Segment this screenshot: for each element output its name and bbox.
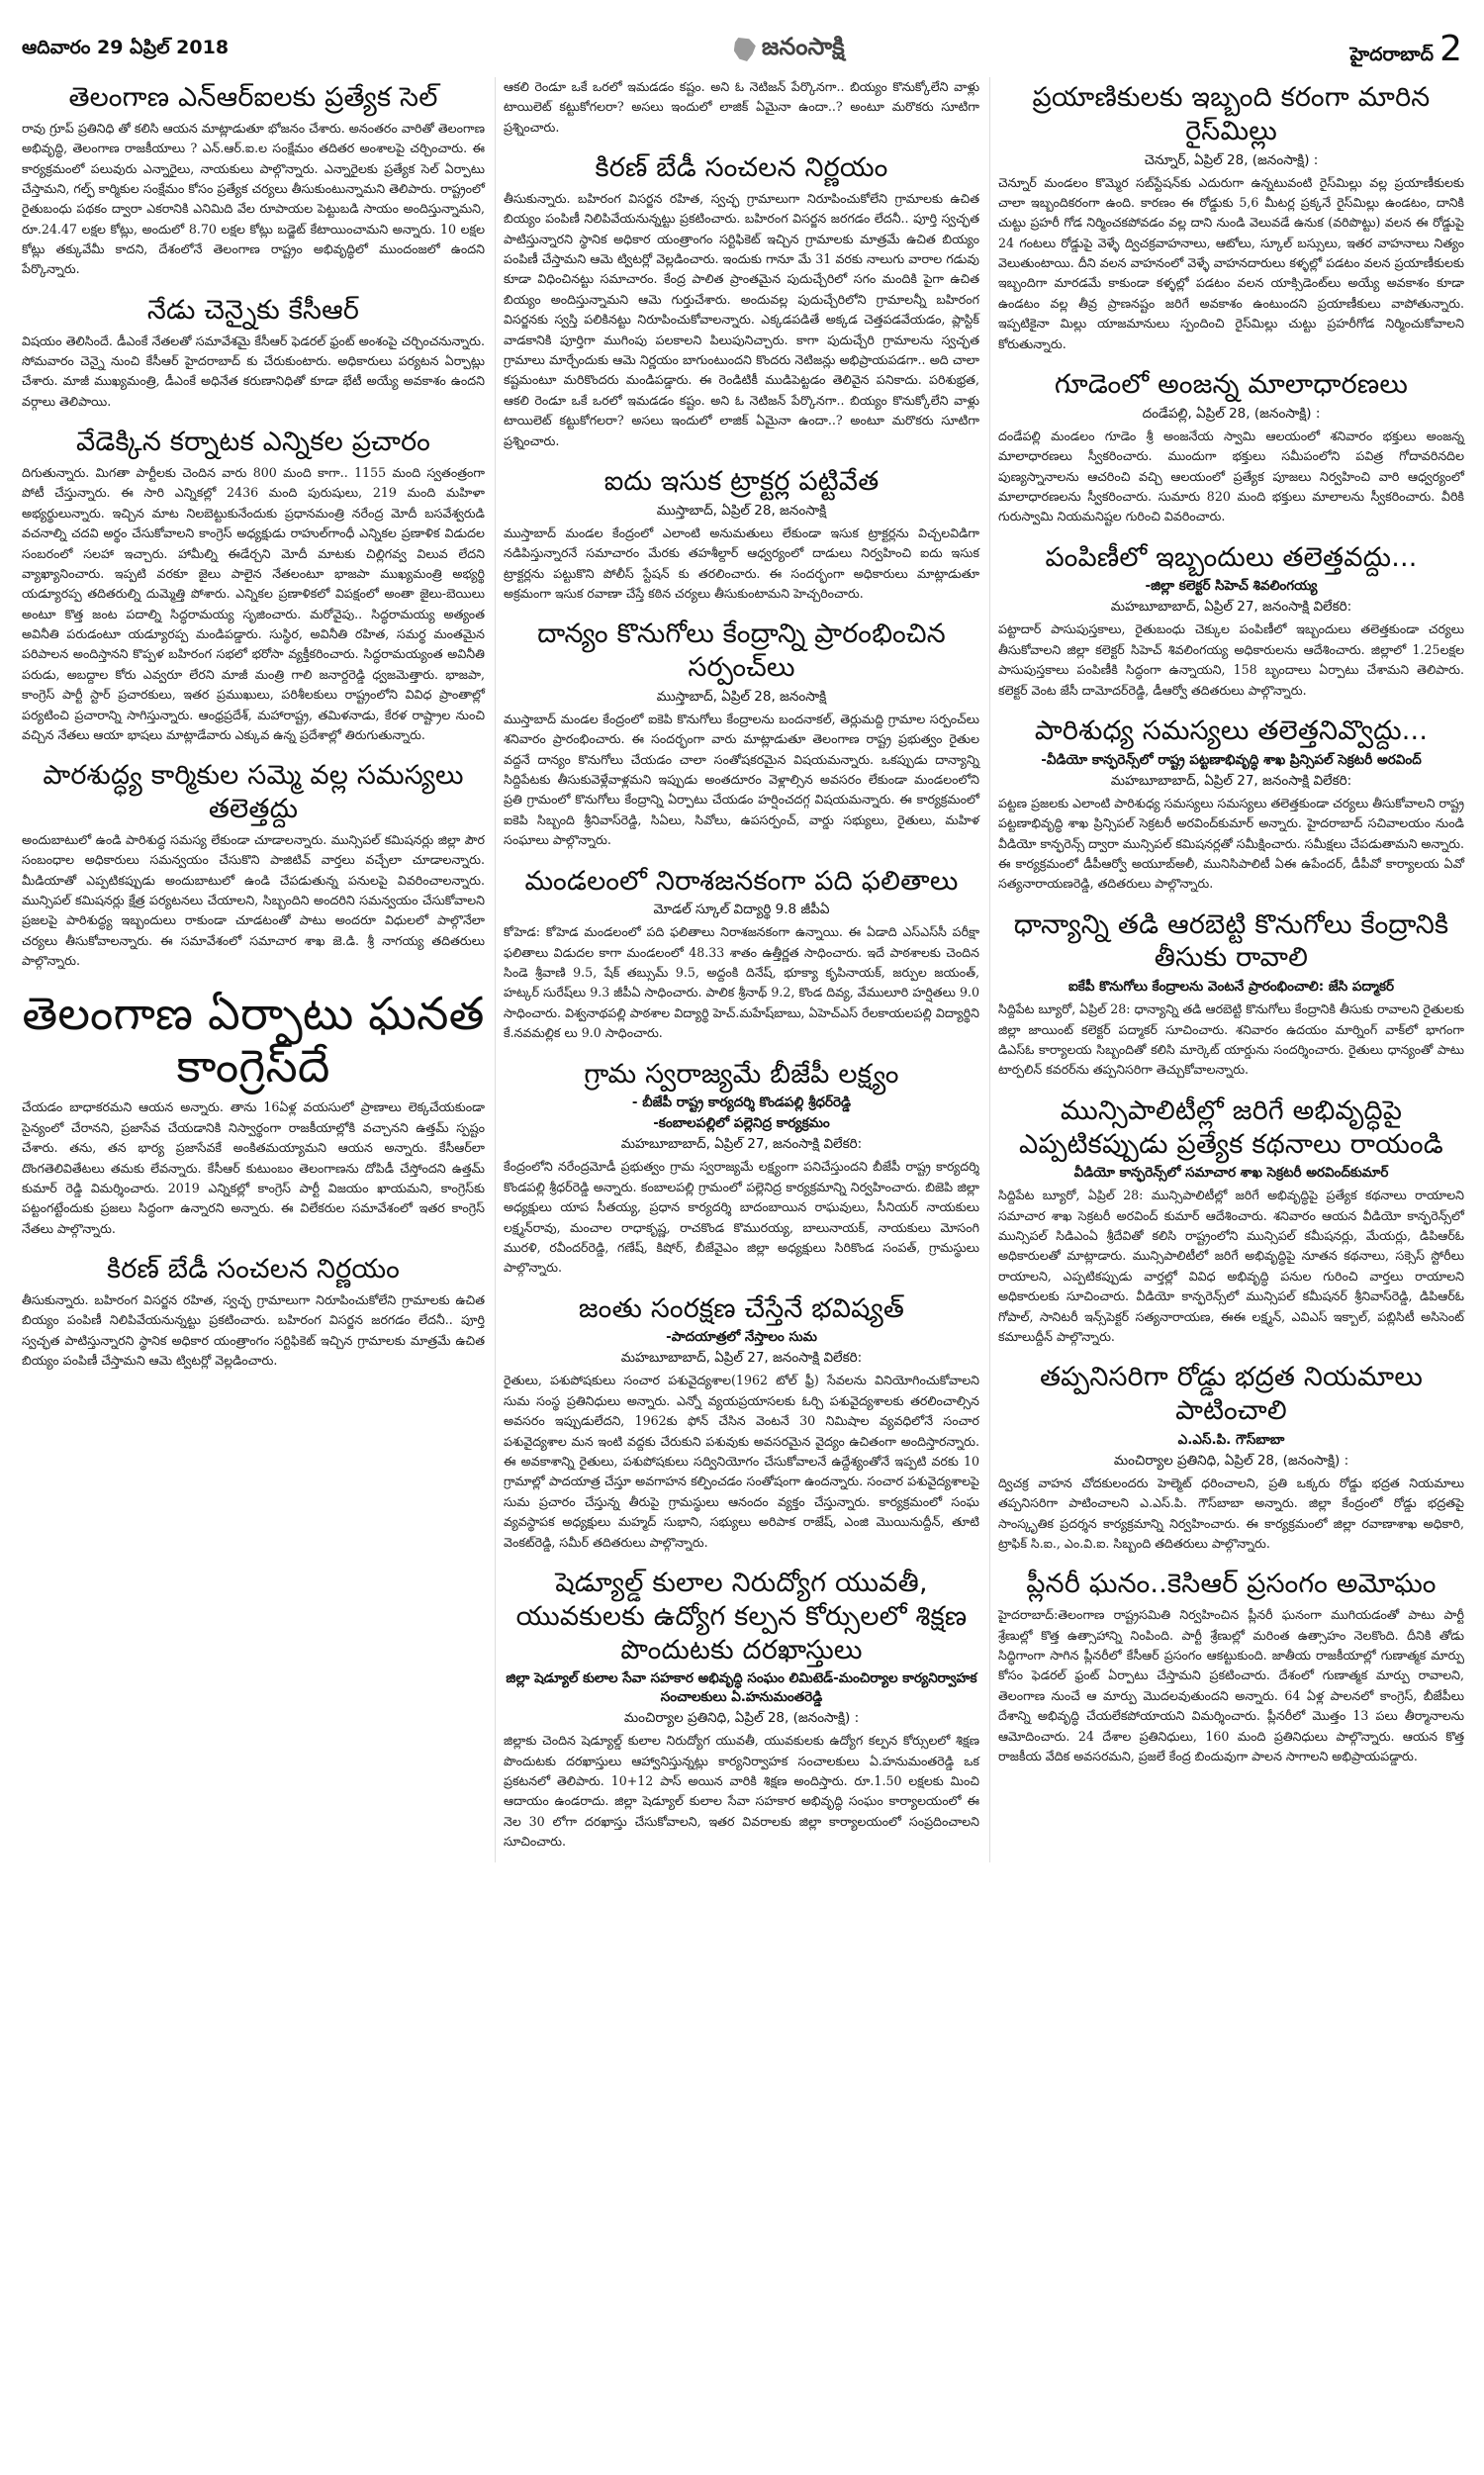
article-body: రైతులు, పశుపోషకులు సంచార పశువైద్యశాల(196… bbox=[504, 1371, 979, 1553]
article-body: సిద్దిపేట బ్యూరో, ఏప్రిల్ 28: మున్సిపాలి… bbox=[998, 1186, 1464, 1347]
article-headline: పారిశుధ్య సమస్యలు తలెత్తనివ్వొద్దు... bbox=[998, 714, 1464, 748]
article-dateline: ముస్తాబాద్, ఏప్రిల్ 28, జనంసాక్షి bbox=[504, 503, 979, 522]
newspaper-logo: జనంసాక్షి bbox=[734, 33, 845, 66]
article-subhead: ఐకేపీ కొనుగోలు కేంద్రాలను వెంటనే ప్రారంభ… bbox=[998, 979, 1464, 998]
article: షెడ్యూల్డ్ కులాల నిరుద్యోగ యువతీ, యువకుల… bbox=[504, 1563, 979, 1853]
article-subhead: -కంబాలపల్లిలో పల్లెనిద్ర కార్యక్రమం bbox=[504, 1115, 979, 1134]
article-body: దండేపల్లి మండలం గూడెం శ్రీ అంజనేయ స్వామి… bbox=[998, 427, 1464, 527]
article-dateline: మంచిర్యాల ప్రతినిధి, ఏప్రిల్ 28, (జనంసాక… bbox=[504, 1710, 979, 1729]
article-body: తీసుకున్నారు. బహిరంగ విసర్జన రహిత, స్వచ్… bbox=[22, 1290, 485, 1372]
article-headline: మండలంలో నిరాశజనకంగా పది ఫలితాలు bbox=[504, 865, 979, 899]
article-body: తీసుకున్నారు. బహిరంగ విసర్జన రహిత, స్వచ్… bbox=[504, 189, 979, 451]
article-subhead: -జిల్లా కలెక్టర్ సిహెచ్ శివలింగయ్య bbox=[998, 578, 1464, 597]
article-body: పట్టాదార్ పాసుపుస్తకాలు, రైతుబంధు చెక్కు… bbox=[998, 619, 1464, 701]
article-headline: గ్రామ స్వరాజ్యమే బీజేపీ లక్ష్యం bbox=[504, 1058, 979, 1092]
article-body: కేంద్రంలోని నరేంద్రమోడీ ప్రభుత్వం గ్రామ … bbox=[504, 1157, 979, 1278]
article-headline: ప్లీనరీ ఘనం..కెసిఆర్ ప్రసంగం అమోఘం bbox=[998, 1568, 1464, 1601]
article: తెలంగాణ ఏర్పాటు ఘనత కాంగ్రెస్‌దేచేయడం బా… bbox=[22, 982, 485, 1240]
issue-date: ఆదివారం 29 ఏప్రిల్ 2018 bbox=[22, 37, 229, 63]
article-body: దిగుతున్నారు. మిగతా పార్టీలకు చెందిన వార… bbox=[22, 463, 485, 745]
article-columns: తెలంగాణ ఎన్‌ఆర్‌ఐలకు ప్రత్యేక సెల్రావు గ… bbox=[22, 77, 1462, 1862]
article: మండలంలో నిరాశజనకంగా పది ఫలితాలుమోడల్ స్క… bbox=[504, 861, 979, 1044]
article-dateline: దండేపల్లి, ఏప్రిల్ 28, (జనంసాక్షి) : bbox=[998, 406, 1464, 425]
article: దాన్యం కొనుగోలు కేంద్రాన్ని ప్రారంభించిన… bbox=[504, 614, 979, 850]
article-body: సిద్దిపేట బ్యూరో, ఏప్రిల్ 28: ధాన్యాన్ని… bbox=[998, 1000, 1464, 1081]
article: నేడు చెన్నైకు కేసీఆర్విషయం తెలిసిందే. డీ… bbox=[22, 290, 485, 412]
article-subhead: వీడియో కాన్ఫరెన్స్‌లో సమాచార శాఖ సెక్రటర… bbox=[998, 1165, 1464, 1184]
city-name: హైదరాబాద్ bbox=[1349, 44, 1434, 70]
middle-column: ఆకలి రెండూ ఒకే ఒరలో ఇమడడం కష్టం. అని ఓ న… bbox=[495, 77, 979, 1862]
article-dateline: మహబూబాబాద్, ఏప్రిల్ 27, జనంసాక్షి విలేకర… bbox=[998, 773, 1464, 792]
article-headline: ధాన్యాన్ని తడి ఆరబెట్టి కొనుగోలు కేంద్రా… bbox=[998, 908, 1464, 976]
article-headline: వేడెక్కిన కర్నాటక ఎన్నికల ప్రచారం bbox=[22, 426, 485, 459]
article-headline: జంతు సంరక్షణ చేస్తేనే భవిష్యత్ bbox=[504, 1292, 979, 1326]
article-body: హైదరాబాద్:తెలంగాణ రాష్ట్రసమితి నిర్వహించ… bbox=[998, 1605, 1464, 1766]
article-headline: తెలంగాణ ఏర్పాటు ఘనత కాంగ్రెస్‌దే bbox=[22, 988, 485, 1093]
article-subhead: జిల్లా షెడ్యూల్ కులాల సేవా సహకార అభివృద్… bbox=[504, 1670, 979, 1708]
left-column: తెలంగాణ ఎన్‌ఆర్‌ఐలకు ప్రత్యేక సెల్రావు గ… bbox=[22, 77, 485, 1862]
article: పంపిణీలో ఇబ్బందులు తలెత్తవద్దు...-జిల్లా… bbox=[998, 537, 1464, 701]
article-dateline: చెన్నూర్, ఏప్రిల్ 28, (జనంసాక్షి) : bbox=[998, 152, 1464, 171]
article-headline: గూడెంలో అంజన్న మాలాధారణలు bbox=[998, 368, 1464, 402]
article-body: చేయడం బాధాకరమని ఆయన అన్నారు. తాను 16ఏళ్ల… bbox=[22, 1097, 485, 1239]
article-headline: కిరణ్ బేడీ సంచలన నిర్ణయం bbox=[22, 1253, 485, 1286]
article-body: పట్టణ ప్రజలకు ఎలాంటి పారిశుధ్య సమస్యలు స… bbox=[998, 794, 1464, 895]
article-subhead: -వీడియో కాన్ఫరెన్స్‌లో రాష్ట్ర పట్టణాభివ… bbox=[998, 752, 1464, 771]
article: ధాన్యాన్ని తడి ఆరబెట్టి కొనుగోలు కేంద్రా… bbox=[998, 904, 1464, 1081]
article-dateline: మహబూబాబాద్, ఏప్రిల్ 27, జనంసాక్షి విలేకర… bbox=[504, 1136, 979, 1155]
telangana-map-icon bbox=[734, 38, 756, 61]
newspaper-page: ఆదివారం 29 ఏప్రిల్ 2018 జనంసాక్షి హైదరాబ… bbox=[0, 0, 1484, 2475]
article: కిరణ్ బేడీ సంచలన నిర్ణయంతీసుకున్నారు. బహ… bbox=[22, 1249, 485, 1371]
article-subhead: - బీజేపీ రాష్ట్ర కార్యదర్శి కొండపల్లి శ్… bbox=[504, 1095, 979, 1113]
page-number: 2 bbox=[1439, 29, 1462, 69]
article: గూడెంలో అంజన్న మాలాధారణలుదండేపల్లి, ఏప్ర… bbox=[998, 364, 1464, 527]
masthead: ఆదివారం 29 ఏప్రిల్ 2018 జనంసాక్షి హైదరాబ… bbox=[22, 28, 1462, 71]
article-headline: కిరణ్ బేడీ సంచలన నిర్ణయం bbox=[504, 151, 979, 185]
article-dateline: మహబూబాబాద్, ఏప్రిల్ 27, జనంసాక్షి విలేకర… bbox=[504, 1350, 979, 1369]
article-body: అందుబాటులో ఉండి పారిశుద్ధ సమస్య లేకుండా … bbox=[22, 830, 485, 972]
article-body: చెన్నూర్ మండలం కొమ్మెర సబ్‌స్టేషన్‌కు ఎద… bbox=[998, 173, 1464, 355]
article: ప్రయాణికులకు ఇబ్బంది కరంగా మారిన రైస్‌మి… bbox=[998, 77, 1464, 354]
article-body: రావు గ్రూప్ ప్రతినిధి తో కలిసి ఆయన మాట్ల… bbox=[22, 119, 485, 280]
article-body: జిల్లాకు చెందిన షెడ్యూల్డ్ కులాల నిరుద్య… bbox=[504, 1731, 979, 1852]
article-headline: తప్పనిసరిగా రోడ్డు భద్రత నియమాలు పాటించా… bbox=[998, 1361, 1464, 1428]
article: వేడెక్కిన కర్నాటక ఎన్నికల ప్రచారందిగుతున… bbox=[22, 422, 485, 745]
article: పారశుద్ధ్య కార్మికుల సమ్మె వల్ల సమస్యలు … bbox=[22, 755, 485, 971]
article-subhead: ఎ.ఎస్.పి. గౌస్‌బాబా bbox=[998, 1432, 1464, 1451]
article-headline: మున్సిపాలిటీల్లో జరిగే అభివృద్ధిపై ఎప్పట… bbox=[998, 1095, 1464, 1162]
article-headline: దాన్యం కొనుగోలు కేంద్రాన్ని ప్రారంభించిన… bbox=[504, 618, 979, 685]
article: గ్రామ స్వరాజ్యమే బీజేపీ లక్ష్యం- బీజేపీ … bbox=[504, 1054, 979, 1279]
article: ఐదు ఇసుక ట్రాక్టర్ల పట్టివేతముస్తాబాద్, … bbox=[504, 461, 979, 604]
article: మున్సిపాలిటీల్లో జరిగే అభివృద్ధిపై ఎప్పట… bbox=[998, 1091, 1464, 1348]
article-body: విషయం తెలిసిందే. డీఎంకే నేతలతో సమావేశమై … bbox=[22, 332, 485, 413]
article-headline: పంపిణీలో ఇబ్బందులు తలెత్తవద్దు... bbox=[998, 541, 1464, 575]
article-body: కోహెడ: కోహెడ మండలంలో పది ఫలితాలు నిరాశజన… bbox=[504, 922, 979, 1043]
article-subhead: -పాదయాత్రలో నేస్తాలం సుమ bbox=[504, 1329, 979, 1348]
article-dateline: మంచిర్యాల ప్రతినిధి, ఏప్రిల్ 28, (జనంసాక… bbox=[998, 1453, 1464, 1472]
logo-text: జనంసాక్షి bbox=[762, 33, 845, 66]
right-column: ప్రయాణికులకు ఇబ్బంది కరంగా మారిన రైస్‌మి… bbox=[989, 77, 1464, 1862]
article: ఆకలి రెండూ ఒకే ఒరలో ఇమడడం కష్టం. అని ఓ న… bbox=[504, 77, 979, 138]
article: తప్పనిసరిగా రోడ్డు భద్రత నియమాలు పాటించా… bbox=[998, 1357, 1464, 1554]
article-headline: ప్రయాణికులకు ఇబ్బంది కరంగా మారిన రైస్‌మి… bbox=[998, 81, 1464, 148]
article-dateline: మహబూబాబాద్, ఏప్రిల్ 27, జనంసాక్షి విలేకర… bbox=[998, 599, 1464, 618]
article-body: ముస్తాబాద్ మండల కేంద్రంలో ఐకెపి కొనుగోలు… bbox=[504, 710, 979, 851]
article-dateline: ముస్తాబాద్, ఏప్రిల్ 28, జనంసాక్షి bbox=[504, 689, 979, 708]
article: తెలంగాణ ఎన్‌ఆర్‌ఐలకు ప్రత్యేక సెల్రావు గ… bbox=[22, 77, 485, 280]
edition-city: హైదరాబాద్ 2 bbox=[1349, 29, 1462, 70]
article-body: ద్విచక్ర వాహన చోదకులందరు హెల్మెట్ ధరించా… bbox=[998, 1474, 1464, 1555]
article-headline: నేడు చెన్నైకు కేసీఆర్ bbox=[22, 294, 485, 328]
article-body: ముస్తాబాద్ మండల కేంద్రంలో ఎలాంటి అనుమతుల… bbox=[504, 524, 979, 605]
article: ప్లీనరీ ఘనం..కెసిఆర్ ప్రసంగం అమోఘంహైదరాబ… bbox=[998, 1564, 1464, 1766]
article: జంతు సంరక్షణ చేస్తేనే భవిష్యత్-పాదయాత్రల… bbox=[504, 1288, 979, 1553]
article-dateline: మోడల్ స్కూల్ విద్యార్థి 9.8 జీపీఏ bbox=[504, 902, 979, 920]
article: కిరణ్ బేడీ సంచలన నిర్ణయంతీసుకున్నారు. బహ… bbox=[504, 147, 979, 451]
article: పారిశుధ్య సమస్యలు తలెత్తనివ్వొద్దు...-వీ… bbox=[998, 711, 1464, 895]
article-headline: తెలంగాణ ఎన్‌ఆర్‌ఐలకు ప్రత్యేక సెల్ bbox=[22, 81, 485, 115]
article-headline: షెడ్యూల్డ్ కులాల నిరుద్యోగ యువతీ, యువకుల… bbox=[504, 1567, 979, 1666]
article-headline: ఐదు ఇసుక ట్రాక్టర్ల పట్టివేత bbox=[504, 465, 979, 499]
article-body: ఆకలి రెండూ ఒకే ఒరలో ఇమడడం కష్టం. అని ఓ న… bbox=[504, 77, 979, 138]
article-headline: పారశుద్ధ్య కార్మికుల సమ్మె వల్ల సమస్యలు … bbox=[22, 759, 485, 826]
